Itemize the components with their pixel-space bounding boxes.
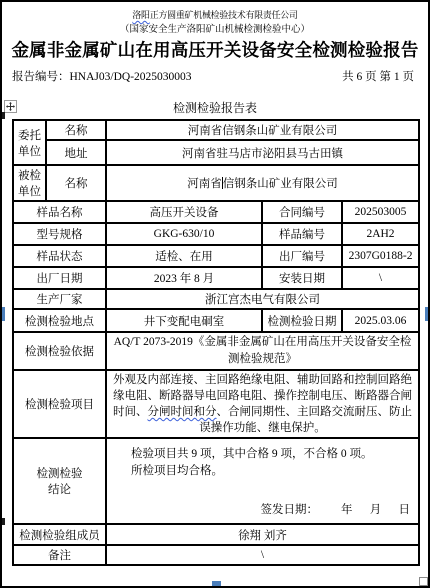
org-name-line: 洛阳正方圆重矿机械检验技术有限责任公司 <box>2 8 428 21</box>
mfg-date-cell: 2023 年 8 月 <box>106 267 262 289</box>
location-cell: 井下变配电硐室 <box>106 309 262 332</box>
inspected-name-cell: 河南省信钢条山矿业有限公司 <box>106 165 419 201</box>
sign-date-line: 签发日期： 年 月 日 <box>131 502 412 519</box>
model-label-cell: 型号规格 <box>13 223 106 245</box>
team-members-cell: 徐翔 刘齐 <box>106 524 419 545</box>
report-number-value: HNAJ03/DQ-2025030003 <box>70 71 192 83</box>
table-row: 样品状态 适检、在用 出厂编号 2307G0188-2 <box>13 245 419 267</box>
items-text-b: 、合闸同期性、主回路交流耐压、防止误操作功能、继电保护。 <box>199 406 412 434</box>
model-cell: GKG-630/10 <box>106 223 262 245</box>
install-date-cell: \ <box>342 267 419 289</box>
client-address-label-cell: 地址 <box>46 140 106 165</box>
table-resize-handle[interactable] <box>419 577 428 586</box>
left-edge-tick-top <box>2 112 5 119</box>
client-address-cell: 河南省驻马店市泌阳县马古田镇 <box>106 140 419 165</box>
conclusion-text-line2: 所检项目均合格。 <box>131 463 412 480</box>
conclusion-label-line1: 检测检验 <box>16 465 103 481</box>
selection-handle-right[interactable] <box>425 307 428 321</box>
remark-label-cell: 备注 <box>13 545 106 565</box>
items-label-cell: 检测检验项目 <box>13 370 106 438</box>
contract-no-cell: 202503005 <box>342 201 419 223</box>
factory-no-cell: 2307G0188-2 <box>342 245 419 267</box>
contract-no-label-cell: 合同编号 <box>262 201 342 223</box>
sample-name-label-cell: 样品名称 <box>13 201 106 223</box>
sample-state-cell: 适检、在用 <box>106 245 262 267</box>
left-edge-tick-bottom <box>2 518 5 525</box>
remark-cell: \ <box>106 545 419 565</box>
table-row: 检测检验项目 外观及内部连接、主回路绝缘电阻、辅助回路和控制回路绝缘电阻、断路器… <box>13 370 419 438</box>
sample-name-cell: 高压开关设备 <box>106 201 262 223</box>
table-row: 检测检验 结论 检验项目共 9 项，其中合格 9 项，不合格 0 项。 所检项目… <box>13 438 419 524</box>
manufacturer-label-cell: 生产厂家 <box>13 289 106 309</box>
table-move-handle[interactable] <box>4 100 17 113</box>
manufacturer-cell: 浙江宫杰电气有限公司 <box>106 289 419 309</box>
insp-date-label-cell: 检测检验日期 <box>262 309 342 332</box>
sample-state-label-cell: 样品状态 <box>13 245 106 267</box>
table-row: 检测检验地点 井下变配电硐室 检测检验日期 2025.03.06 <box>13 309 419 332</box>
table-row: 地址 河南省驻马店市泌阳县马古田镇 <box>13 140 419 165</box>
basis-cell: AQ/T 2073-2019《金属非金属矿山在用高压开关设备安全检测检验规范》 <box>106 332 419 370</box>
conclusion-label-cell: 检测检验 结论 <box>13 438 106 524</box>
report-number-row: 报告编号：HNAJ03/DQ-2025030003 共 6 页 第 1 页 <box>12 68 414 84</box>
inspected-group-label-cell: 被检单位 <box>13 165 46 201</box>
items-cell: 外观及内部连接、主回路绝缘电阻、辅助回路和控制回路绝缘电阻、断路器导电回路电阻、… <box>106 370 419 438</box>
org-subtitle: （国家安全生产洛阳矿山机械检测检验中心） <box>2 21 428 35</box>
table-row: 被检单位 名称 河南省信钢条山矿业有限公司 <box>13 165 419 201</box>
table-row: 检测检验依据 AQ/T 2073-2019《金属非金属矿山在用高压开关设备安全检… <box>13 332 419 370</box>
insp-date-cell: 2025.03.06 <box>342 309 419 332</box>
table-row: 出厂日期 2023 年 8 月 安装日期 \ <box>13 267 419 289</box>
location-label-cell: 检测检验地点 <box>13 309 106 332</box>
mfg-date-label-cell: 出厂日期 <box>13 267 106 289</box>
client-name-label-cell: 名称 <box>46 120 106 140</box>
inspected-name-text-b: 信钢条山矿业有限公司 <box>223 178 338 190</box>
client-name-cell: 河南省信钢条山矿业有限公司 <box>106 120 419 140</box>
selection-handle-left[interactable] <box>2 307 5 321</box>
table-caption: 检测检验报告表 <box>2 99 428 116</box>
report-number: 报告编号：HNAJ03/DQ-2025030003 <box>12 68 192 84</box>
inspection-report-table: 委托单位 名称 河南省信钢条山矿业有限公司 地址 河南省驻马店市泌阳县马古田镇 … <box>12 119 420 566</box>
table-row: 生产厂家 浙江宫杰电气有限公司 <box>13 289 419 309</box>
install-date-label-cell: 安装日期 <box>262 267 342 289</box>
selection-handle-bottom[interactable] <box>212 581 221 586</box>
org-name-text: 正方圆重矿机械检验技术有限责任公司 <box>150 10 298 20</box>
client-group-label-cell: 委托单位 <box>13 120 46 165</box>
basis-label-cell: 检测检验依据 <box>13 332 106 370</box>
conclusion-cell: 检验项目共 9 项，其中合格 9 项，不合格 0 项。 所检项目均合格。 签发日… <box>106 438 419 524</box>
document-page: 洛阳正方圆重矿机械检验技术有限责任公司 （国家安全生产洛阳矿山机械检测检验中心）… <box>0 0 430 588</box>
report-number-label: 报告编号： <box>12 71 70 83</box>
conclusion-label-line2: 结论 <box>16 481 103 497</box>
table-row: 型号规格 GKG-630/10 样品编号 2AH2 <box>13 223 419 245</box>
inspected-name-text-a: 河南省 <box>187 178 222 190</box>
team-label-cell: 检测检验组成员 <box>13 524 106 545</box>
table-row: 备注 \ <box>13 545 419 565</box>
table-row: 检测检验组成员 徐翔 刘齐 <box>13 524 419 545</box>
inspected-name-label-cell: 名称 <box>46 165 106 201</box>
page-info: 共 6 页 第 1 页 <box>342 68 414 84</box>
table-row: 委托单位 名称 河南省信钢条山矿业有限公司 <box>13 120 419 140</box>
items-flagged-text: 分闸时间和分 <box>148 406 217 418</box>
sample-no-label-cell: 样品编号 <box>262 223 342 245</box>
conclusion-text-line1: 检验项目共 9 项，其中合格 9 项，不合格 0 项。 <box>131 446 412 463</box>
factory-no-label-cell: 出厂编号 <box>262 245 342 267</box>
table-row: 样品名称 高压开关设备 合同编号 202503005 <box>13 201 419 223</box>
org-name-flagged-text: 洛阳 <box>132 10 149 20</box>
report-title: 金属非金属矿山在用高压开关设备安全检测检验报告 <box>2 37 428 62</box>
sample-no-cell: 2AH2 <box>342 223 419 245</box>
move-icon <box>6 102 15 111</box>
